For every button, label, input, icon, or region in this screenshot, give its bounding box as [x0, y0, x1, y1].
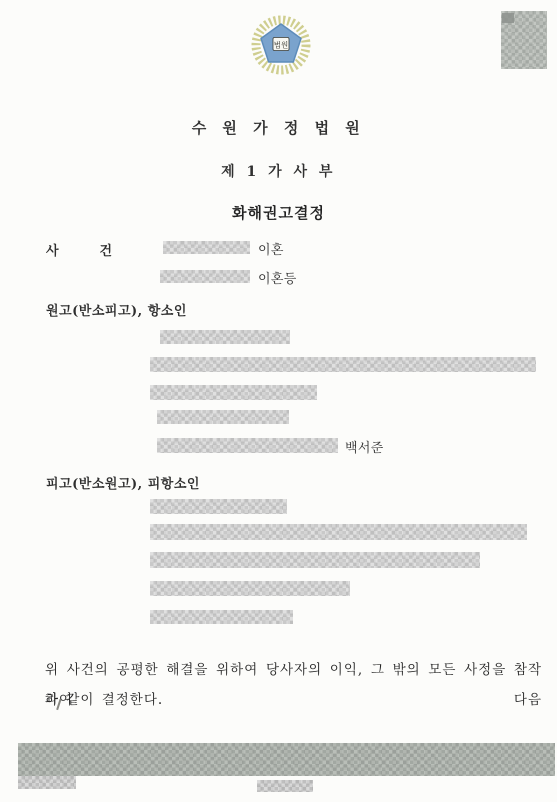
redacted-page-number — [257, 780, 313, 792]
redacted-plaintiff-address-1 — [150, 357, 536, 372]
redacted-footer-left-fragment — [18, 776, 76, 789]
redacted-case-number-2 — [160, 270, 250, 283]
redacted-defendant-registration — [150, 581, 350, 596]
defendant-label: 피고(반소원고), 피항소인 — [46, 473, 200, 492]
court-division: 제 1 가 사 부 — [0, 161, 557, 181]
document-title: 화해권고결정 — [0, 202, 557, 223]
redacted-plaintiff-counsel-line — [157, 438, 338, 453]
redacted-plaintiff-counsel-firm — [157, 410, 289, 424]
scanned-court-document: 법원 수 원 가 정 법 원 제 1 가 사 부 화해권고결정 사 건 이혼 이… — [0, 0, 557, 802]
redacted-stamp — [501, 11, 547, 69]
decision-line-1: 위 사건의 공평한 해결을 위하여 당사자의 이익, 그 밖의 모든 사정을 참… — [45, 655, 542, 685]
court-seal: 법원 — [248, 15, 314, 77]
redacted-defendant-name — [150, 499, 287, 514]
case-type-2: 이혼등 — [258, 268, 297, 287]
redacted-case-number-1 — [163, 241, 250, 254]
redacted-defendant-address-1 — [150, 524, 527, 540]
case-type-1: 이혼 — [258, 239, 284, 258]
redacted-plaintiff-name — [160, 330, 290, 344]
seal-label: 법원 — [274, 40, 289, 50]
redacted-defendant-counsel — [150, 610, 293, 624]
stamp-dark-corner — [502, 13, 514, 23]
plaintiff-label: 원고(반소피고), 항소인 — [46, 300, 187, 319]
court-name: 수 원 가 정 법 원 — [0, 117, 557, 138]
redacted-defendant-address-2 — [150, 552, 480, 568]
case-label: 사 건 — [46, 240, 113, 259]
court-seal-emblem: 법원 — [248, 15, 314, 77]
decision-paragraph: 위 사건의 공평한 해결을 위하여 당사자의 이익, 그 밖의 모든 사정을 참… — [45, 655, 542, 715]
plaintiff-counsel-name: 백서준 — [345, 437, 384, 456]
redacted-footer-band — [18, 743, 555, 776]
redacted-plaintiff-address-2 — [150, 385, 317, 400]
